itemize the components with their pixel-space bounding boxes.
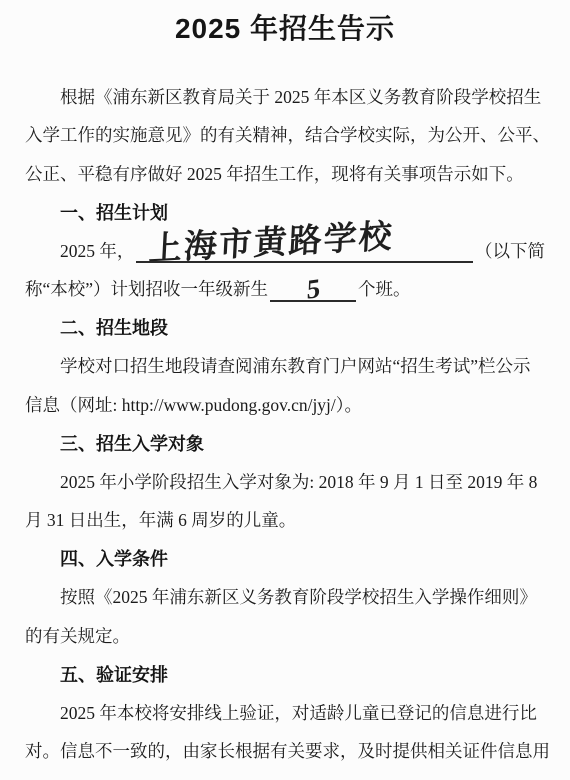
document-line: 入学工作的实施意见》的有关精神，结合学校实际，为公开、公平、 [25,116,545,155]
document-line: 2025 年小学阶段招生入学对象为: 2018 年 9 月 1 日至 2019 … [25,462,545,501]
document-line: 学校对口招生地段请查阅浦东教育门户网站“招生考试”栏公示 [25,347,545,386]
document-line: 对。信息不一致的，由家长根据有关要求，及时提供相关证件信息用 [25,732,545,771]
document-line: 根据《浦东新区教育局关于 2025 年本区义务教育阶段学校招生 [25,77,545,116]
document-line: 信息（网址: http://www.pudong.gov.cn/jyj/）。 [25,385,545,424]
document-body: 根据《浦东新区教育局关于 2025 年本区义务教育阶段学校招生入学工作的实施意见… [25,77,545,770]
document-title: 2025 年招生告示 [25,8,545,50]
document-line: 公正、平稳有序做好 2025 年招生工作，现将有关事项告示如下。 [25,154,545,193]
fill-line-suffix: （以下简 [475,238,545,263]
handwritten-class-count: 5 [306,274,320,303]
section-heading: 四、入学条件 [25,539,545,578]
fill-line-prefix: 称“本校”）计划招收一年级新生 [25,276,268,301]
document-line: 月 31 日出生，年满 6 周岁的儿童。 [25,501,545,540]
document-fill-line: 2025 年，上海市黄路学校（以下简 [25,231,545,270]
section-heading: 三、招生入学对象 [25,424,545,463]
document-page: 2025 年招生告示 根据《浦东新区教育局关于 2025 年本区义务教育阶段学校… [0,0,570,780]
document-line: 2025 年本校将安排线上验证，对适龄儿童已登记的信息进行比 [25,693,545,732]
document-line: 按照《2025 年浦东新区义务教育阶段学校招生入学操作细则》 [25,578,545,617]
fill-line-suffix: 个班。 [358,276,411,301]
document-fill-line: 称“本校”）计划招收一年级新生5个班。 [25,270,545,309]
blank-underline: 上海市黄路学校 [136,231,473,263]
section-heading: 二、招生地段 [25,308,545,347]
section-heading: 五、验证安排 [25,655,545,694]
blank-underline: 5 [270,270,356,302]
document-line: 的有关规定。 [25,616,545,655]
fill-line-prefix: 2025 年， [25,238,134,263]
